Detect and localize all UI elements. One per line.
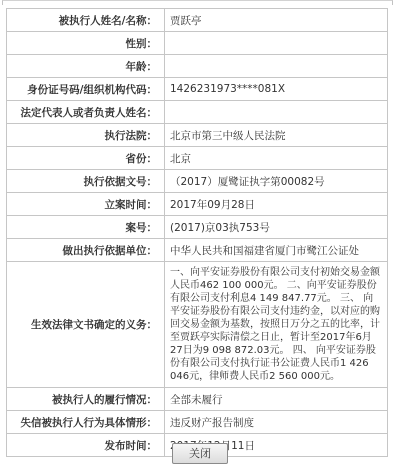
footer-button-row: 关闭 [0,442,400,464]
field-label: 省份： [7,147,165,170]
field-value: 一、向平安证券股份有限公司支付初始交易金额人民币462 100 000元。 二、… [165,262,388,388]
field-value [165,101,388,124]
row-legal-representative: 法定代表人或者负责人姓名： [7,101,388,124]
field-label: 性别： [7,32,165,55]
field-value [165,32,388,55]
field-label: 执行法院： [7,124,165,147]
field-label: 被执行人姓名/名称： [7,9,165,32]
field-label: 年龄： [7,55,165,78]
field-label: 被执行人的履行情况： [7,388,165,411]
field-label: 法定代表人或者负责人姓名： [7,101,165,124]
row-basis-issuing-unit: 做出执行依据单位： 中华人民共和国福建省厦门市鹭江公证处 [7,239,388,262]
field-value [165,55,388,78]
field-value: 1426231973****081X [165,78,388,101]
row-performance-status: 被执行人的履行情况： 全部未履行 [7,388,388,411]
row-province: 省份： 北京 [7,147,388,170]
field-value: 全部未履行 [165,388,388,411]
row-id-number: 身份证号码/组织机构代码： 1426231973****081X [7,78,388,101]
field-value: 中华人民共和国福建省厦门市鹭江公证处 [165,239,388,262]
field-label: 做出执行依据单位： [7,239,165,262]
field-label: 身份证号码/组织机构代码： [7,78,165,101]
row-execution-basis-number: 执行依据文号： （2017）厦鹭证执字第00082号 [7,170,388,193]
field-label: 生效法律文书确定的义务： [7,262,165,388]
field-value: 违反财产报告制度 [165,411,388,434]
field-value: （2017）厦鹭证执字第00082号 [165,170,388,193]
row-case-number: 案号： (2017)京03执753号 [7,216,388,239]
row-dishonesty-conduct: 失信被执行人行为具体情形： 违反财产报告制度 [7,411,388,434]
field-label: 失信被执行人行为具体情形： [7,411,165,434]
field-value: 北京市第三中级人民法院 [165,124,388,147]
row-age: 年龄： [7,55,388,78]
close-button[interactable]: 关闭 [172,443,228,464]
field-label: 立案时间： [7,193,165,216]
field-value: 北京 [165,147,388,170]
row-executing-court: 执行法院： 北京市第三中级人民法院 [7,124,388,147]
field-value: 2017年09月28日 [165,193,388,216]
field-label: 执行依据文号： [7,170,165,193]
field-value: 贾跃亭 [165,9,388,32]
row-gender: 性别： [7,32,388,55]
row-filing-date: 立案时间： 2017年09月28日 [7,193,388,216]
enforcement-detail-table: 被执行人姓名/名称： 贾跃亭 性别： 年龄： 身份证号码/组织机构代码： 142… [6,8,388,457]
row-executee-name: 被执行人姓名/名称： 贾跃亭 [7,9,388,32]
field-label: 案号： [7,216,165,239]
cropped-box-above-edge [2,0,393,5]
field-value: (2017)京03执753号 [165,216,388,239]
row-obligations: 生效法律文书确定的义务： 一、向平安证券股份有限公司支付初始交易金额人民币462… [7,262,388,388]
